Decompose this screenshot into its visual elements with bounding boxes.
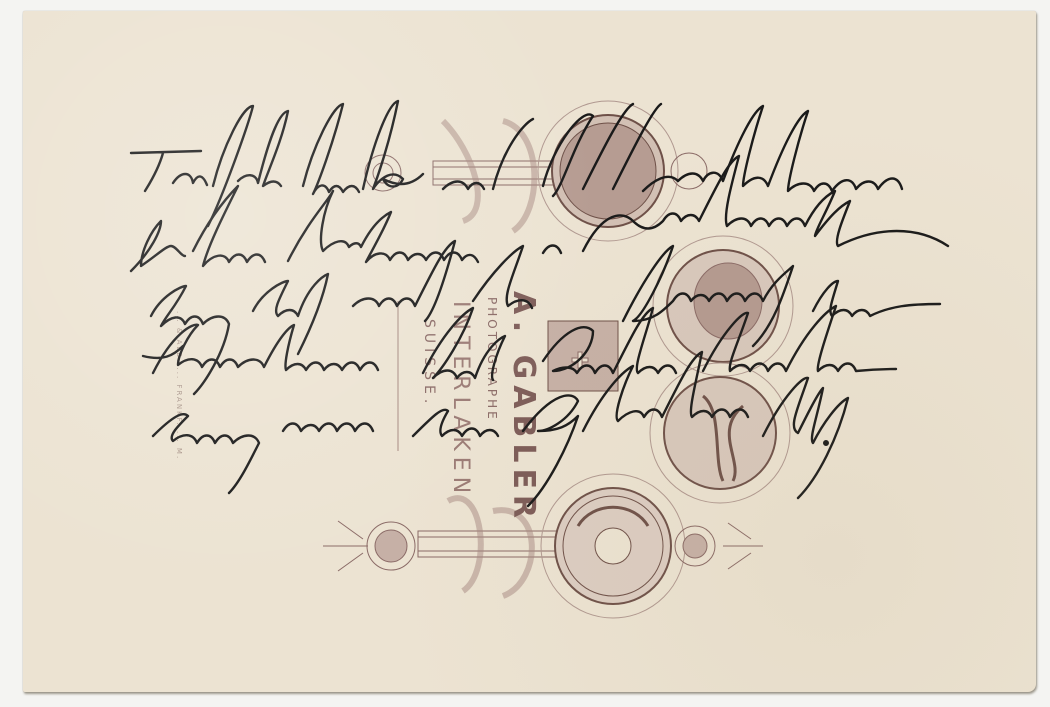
photo-card-back: A. GABLER PHOTOGRAPHE INTERLAKEN SUISSE.… bbox=[23, 11, 1036, 692]
handwriting-strokes-icon bbox=[23, 11, 1036, 692]
handwritten-inscription: Teufelsbrücke an der Gotthardstrasse zwi… bbox=[23, 11, 1036, 692]
